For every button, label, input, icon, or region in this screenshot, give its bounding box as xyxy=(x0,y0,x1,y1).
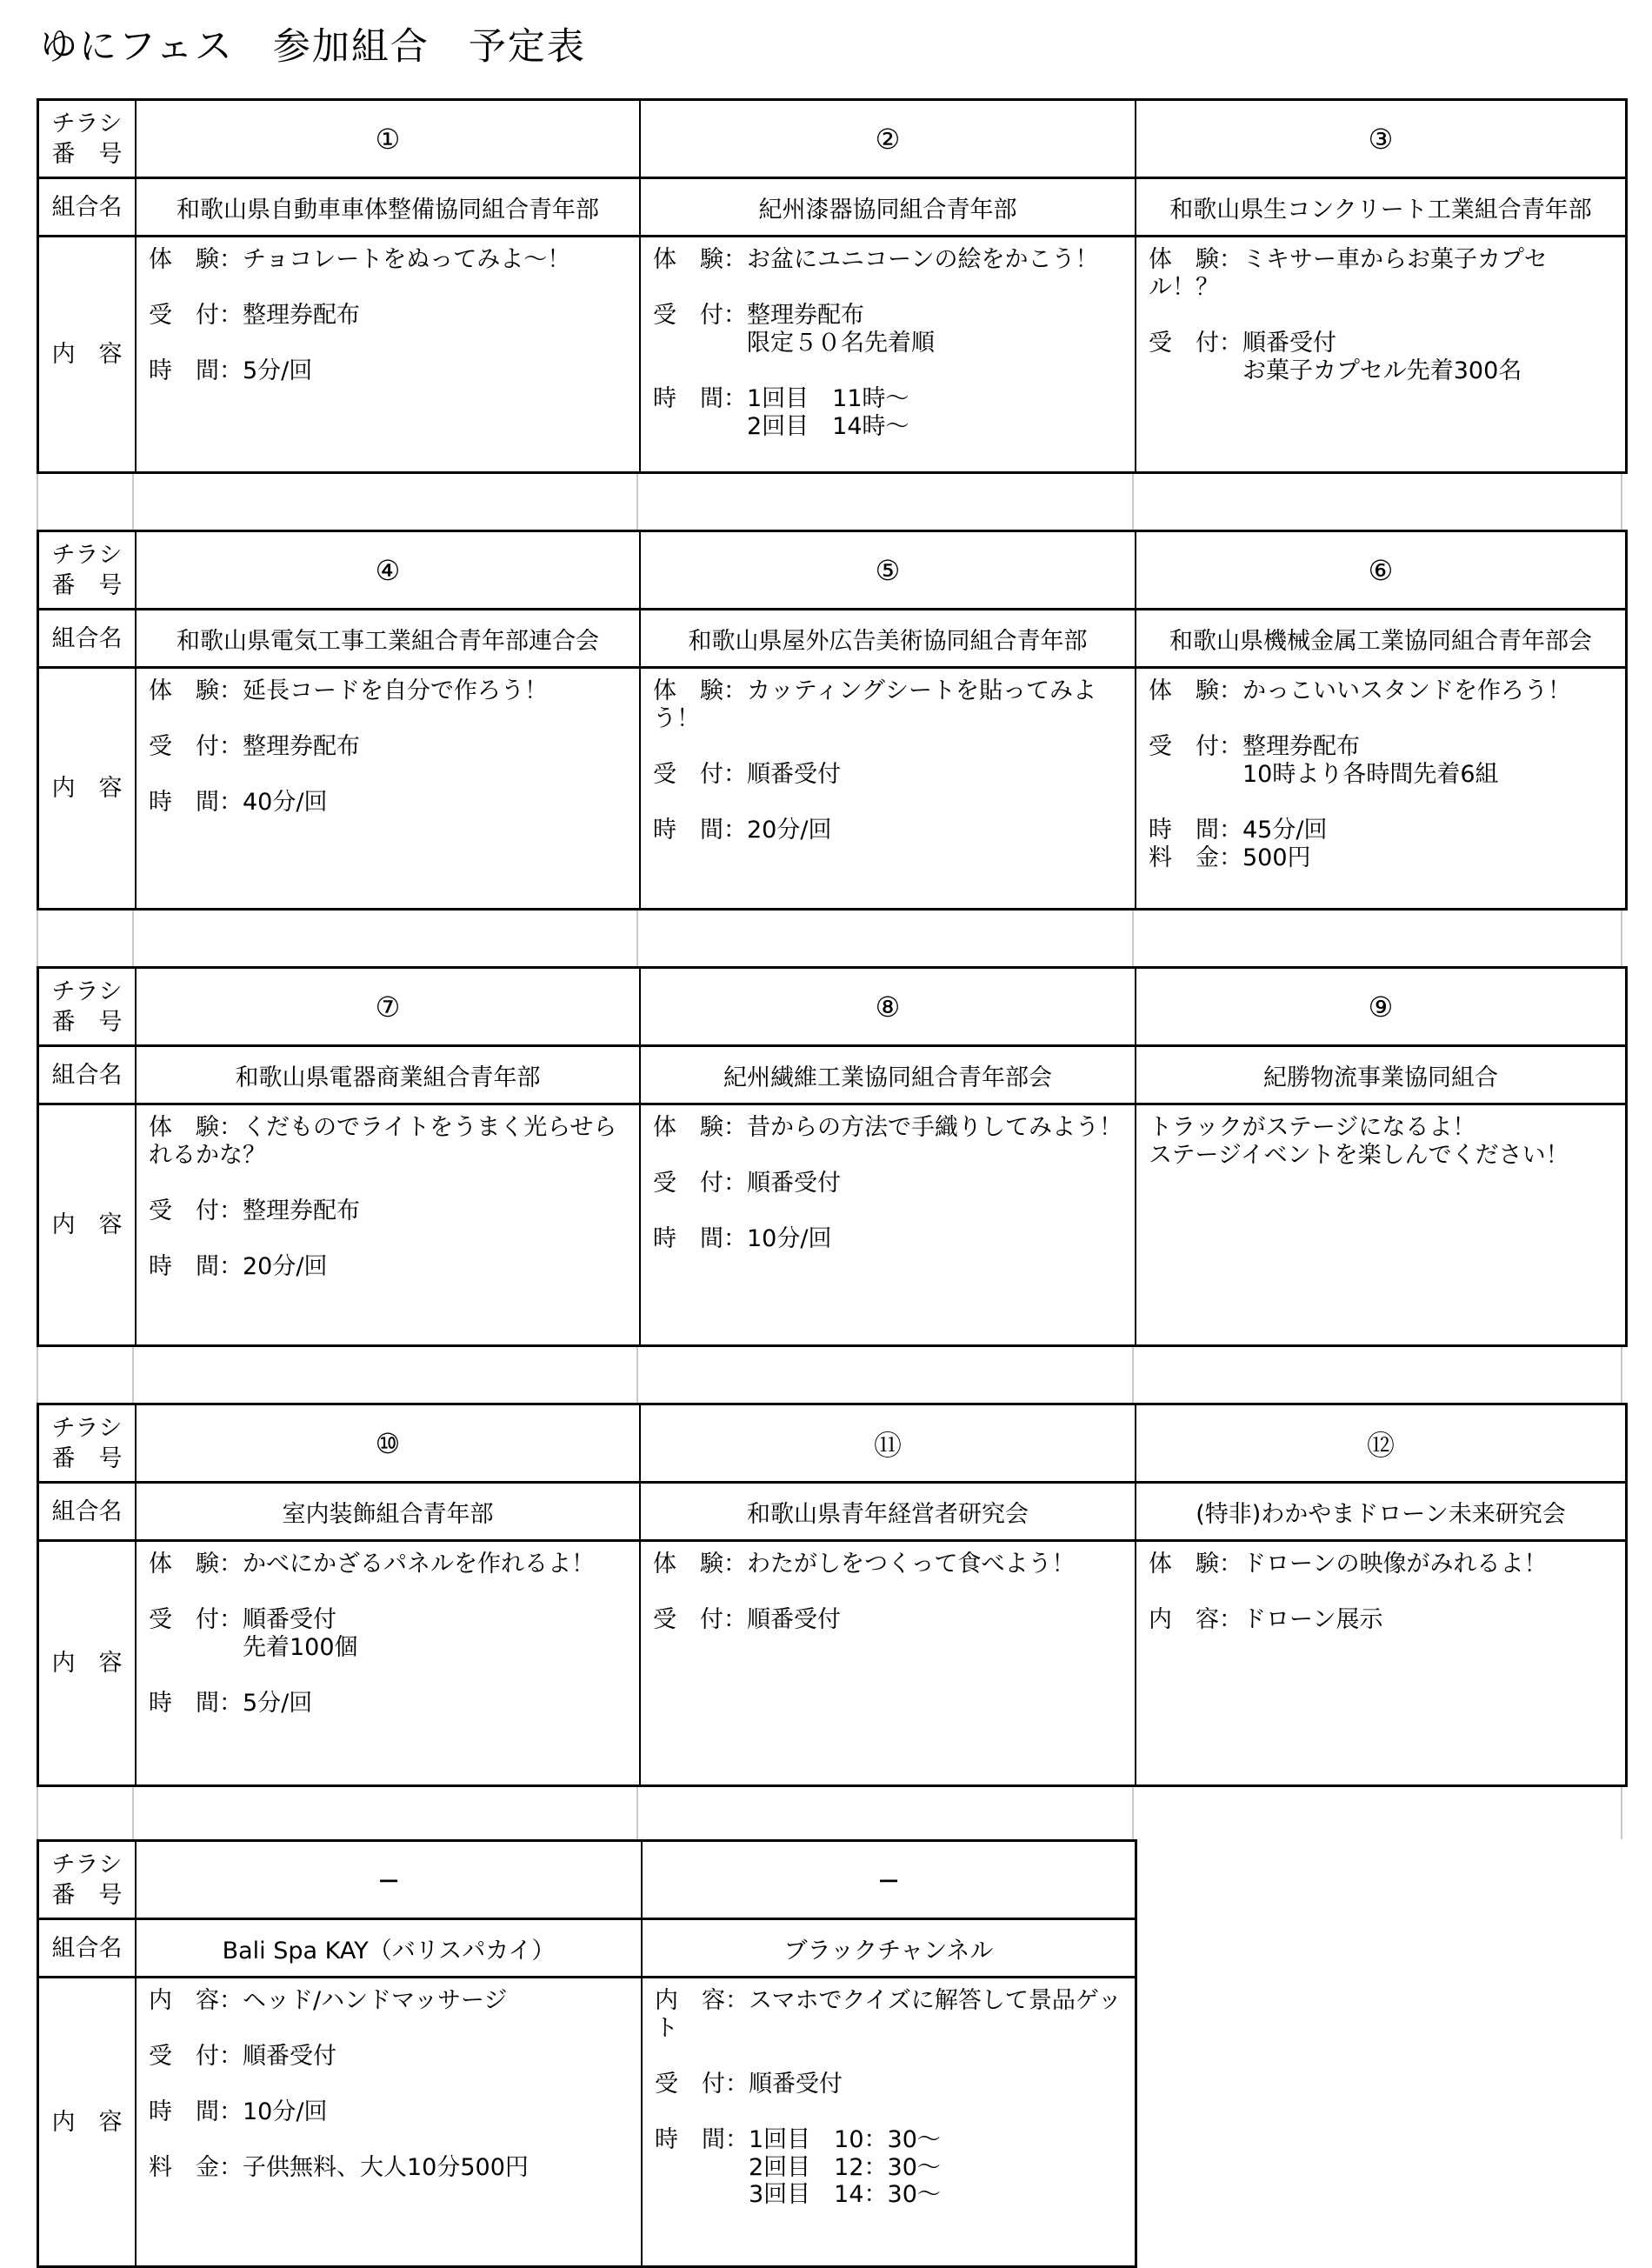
grid-line xyxy=(1621,911,1622,966)
grid-spacer xyxy=(37,1347,1622,1403)
content-cell: 体 験：かっこいいスタンドを作ろう！ 受 付：整理券配布 10時より各時間先着6… xyxy=(1135,666,1625,908)
union-name-cell: 和歌山県機械金属工業協同組合青年部会 xyxy=(1135,608,1625,666)
page-title: ゆにフェス 参加組合 予定表 xyxy=(40,26,1652,69)
content-cell: 内 容：ヘッド/ハンドマッサージ 受 付：順番受付 時 間：10分/回 料 金：… xyxy=(135,1976,641,2265)
flyer-no-cell: ⑤ xyxy=(639,532,1135,608)
schedule-table-1: チラシ 番 号 ① ② ③ 組合名 和歌山県自動車車体整備協同組合青年部 紀州漆… xyxy=(37,98,1628,474)
schedule-table-4: チラシ 番 号 ⑩ ⑪ ⑫ 組合名 室内装飾組合青年部 和歌山県青年経営者研究会… xyxy=(37,1403,1628,1787)
grid-line xyxy=(132,911,134,966)
content-label: 内 容 xyxy=(39,666,135,908)
content-cell: 体 験：カッティングシートを貼ってみよう！ 受 付：順番受付 時 間：20分/回 xyxy=(639,666,1135,908)
grid-line xyxy=(1132,911,1134,966)
schedule-table-5: チラシ 番 号 − − 組合名 Bali Spa KAY（バリスパカイ） ブラッ… xyxy=(37,1839,1137,2268)
flyer-no-cell: ⑫ xyxy=(1135,1405,1625,1481)
flyer-no-cell: ⑪ xyxy=(639,1405,1135,1481)
union-name-cell: 室内装飾組合青年部 xyxy=(135,1481,639,1539)
grid-line xyxy=(636,911,638,966)
union-name-label: 組合名 xyxy=(39,177,135,235)
content-cell: 体 験：ミキサー車からお菓子カプセル！？ 受 付：順番受付 お菓子カプセル先着3… xyxy=(1135,235,1625,471)
grid-line xyxy=(1621,1347,1622,1403)
content-cell: 体 験：お盆にユニコーンの絵をかこう！ 受 付：整理券配布 限定５０名先着順 時… xyxy=(639,235,1135,471)
grid-line xyxy=(132,474,134,530)
union-name-label: 組合名 xyxy=(39,1044,135,1103)
union-name-cell: Bali Spa KAY（バリスパカイ） xyxy=(135,1918,641,1976)
flyer-no-cell: ② xyxy=(639,101,1135,177)
content-label: 内 容 xyxy=(39,1539,135,1784)
flyer-no-cell: ⑧ xyxy=(639,969,1135,1044)
content-cell: 体 験：かべにかざるパネルを作れるよ！ 受 付：順番受付 先着100個 時 間：… xyxy=(135,1539,639,1784)
document-page: ゆにフェス 参加組合 予定表 チラシ 番 号 ① ② ③ 組合名 和歌山県自動車… xyxy=(0,0,1652,2268)
union-name-cell: 紀州漆器協同組合青年部 xyxy=(639,177,1135,235)
grid-line xyxy=(132,1347,134,1403)
content-label: 内 容 xyxy=(39,235,135,471)
grid-line xyxy=(636,1787,638,1839)
content-label: 内 容 xyxy=(39,1103,135,1344)
union-name-cell: 和歌山県青年経営者研究会 xyxy=(639,1481,1135,1539)
union-name-cell: 和歌山県屋外広告美術協同組合青年部 xyxy=(639,608,1135,666)
content-cell: 体 験：チョコレートをぬってみよ～！ 受 付：整理券配布 時 間：5分/回 xyxy=(135,235,639,471)
union-name-cell: 和歌山県生コンクリート工業組合青年部 xyxy=(1135,177,1625,235)
grid-line xyxy=(37,1347,38,1403)
grid-line xyxy=(1621,474,1622,530)
union-name-cell: 和歌山県電器商業組合青年部 xyxy=(135,1044,639,1103)
grid-line xyxy=(132,1787,134,1839)
grid-line xyxy=(1621,1787,1622,1839)
schedule-table-2: チラシ 番 号 ④ ⑤ ⑥ 組合名 和歌山県電気工事工業組合青年部連合会 和歌山… xyxy=(37,530,1628,911)
content-cell: トラックがステージになるよ！ ステージイベントを楽しんでください！ xyxy=(1135,1103,1625,1344)
schedule-table-3: チラシ 番 号 ⑦ ⑧ ⑨ 組合名 和歌山県電器商業組合青年部 紀州繊維工業協同… xyxy=(37,966,1628,1347)
flyer-no-cell: ⑥ xyxy=(1135,532,1625,608)
grid-line xyxy=(37,474,38,530)
flyer-no-label: チラシ 番 号 xyxy=(39,969,135,1044)
grid-line xyxy=(636,474,638,530)
flyer-no-label: チラシ 番 号 xyxy=(39,532,135,608)
content-label: 内 容 xyxy=(39,1976,135,2265)
grid-spacer xyxy=(37,911,1622,966)
union-name-label: 組合名 xyxy=(39,1918,135,1976)
grid-line xyxy=(1132,474,1134,530)
union-name-label: 組合名 xyxy=(39,608,135,666)
flyer-no-cell: ① xyxy=(135,101,639,177)
content-cell: 体 験：わたがしをつくって食べよう！ 受 付：順番受付 xyxy=(639,1539,1135,1784)
flyer-no-label: チラシ 番 号 xyxy=(39,101,135,177)
grid-line xyxy=(636,1347,638,1403)
flyer-no-cell: ⑩ xyxy=(135,1405,639,1481)
flyer-no-cell: ④ xyxy=(135,532,639,608)
grid-line xyxy=(37,911,38,966)
flyer-no-label: チラシ 番 号 xyxy=(39,1405,135,1481)
content-cell: 内 容：スマホでクイズに解答して景品ゲット 受 付：順番受付 時 間：1回目 1… xyxy=(641,1976,1135,2265)
flyer-no-cell: ⑨ xyxy=(1135,969,1625,1044)
grid-line xyxy=(1132,1347,1134,1403)
flyer-no-cell: − xyxy=(135,1842,641,1918)
union-name-cell: 和歌山県電気工事工業組合青年部連合会 xyxy=(135,608,639,666)
union-name-label: 組合名 xyxy=(39,1481,135,1539)
flyer-no-cell: ③ xyxy=(1135,101,1625,177)
grid-spacer xyxy=(37,474,1622,530)
union-name-cell: 紀州繊維工業協同組合青年部会 xyxy=(639,1044,1135,1103)
grid-line xyxy=(37,1787,38,1839)
union-name-cell: ブラックチャンネル xyxy=(641,1918,1135,1976)
grid-line xyxy=(1132,1787,1134,1839)
flyer-no-label: チラシ 番 号 xyxy=(39,1842,135,1918)
content-cell: 体 験：昔からの方法で手織りしてみよう！ 受 付：順番受付 時 間：10分/回 xyxy=(639,1103,1135,1344)
flyer-no-cell: − xyxy=(641,1842,1135,1918)
union-name-cell: (特非)わかやまドローン未来研究会 xyxy=(1135,1481,1625,1539)
content-cell: 体 験：ドローンの映像がみれるよ！ 内 容：ドローン展示 xyxy=(1135,1539,1625,1784)
union-name-cell: 和歌山県自動車車体整備協同組合青年部 xyxy=(135,177,639,235)
flyer-no-cell: ⑦ xyxy=(135,969,639,1044)
content-cell: 体 験：延長コードを自分で作ろう！ 受 付：整理券配布 時 間：40分/回 xyxy=(135,666,639,908)
content-cell: 体 験：くだものでライトをうまく光らせられるかな？ 受 付：整理券配布 時 間：… xyxy=(135,1103,639,1344)
union-name-cell: 紀勝物流事業協同組合 xyxy=(1135,1044,1625,1103)
grid-spacer xyxy=(37,1787,1622,1839)
